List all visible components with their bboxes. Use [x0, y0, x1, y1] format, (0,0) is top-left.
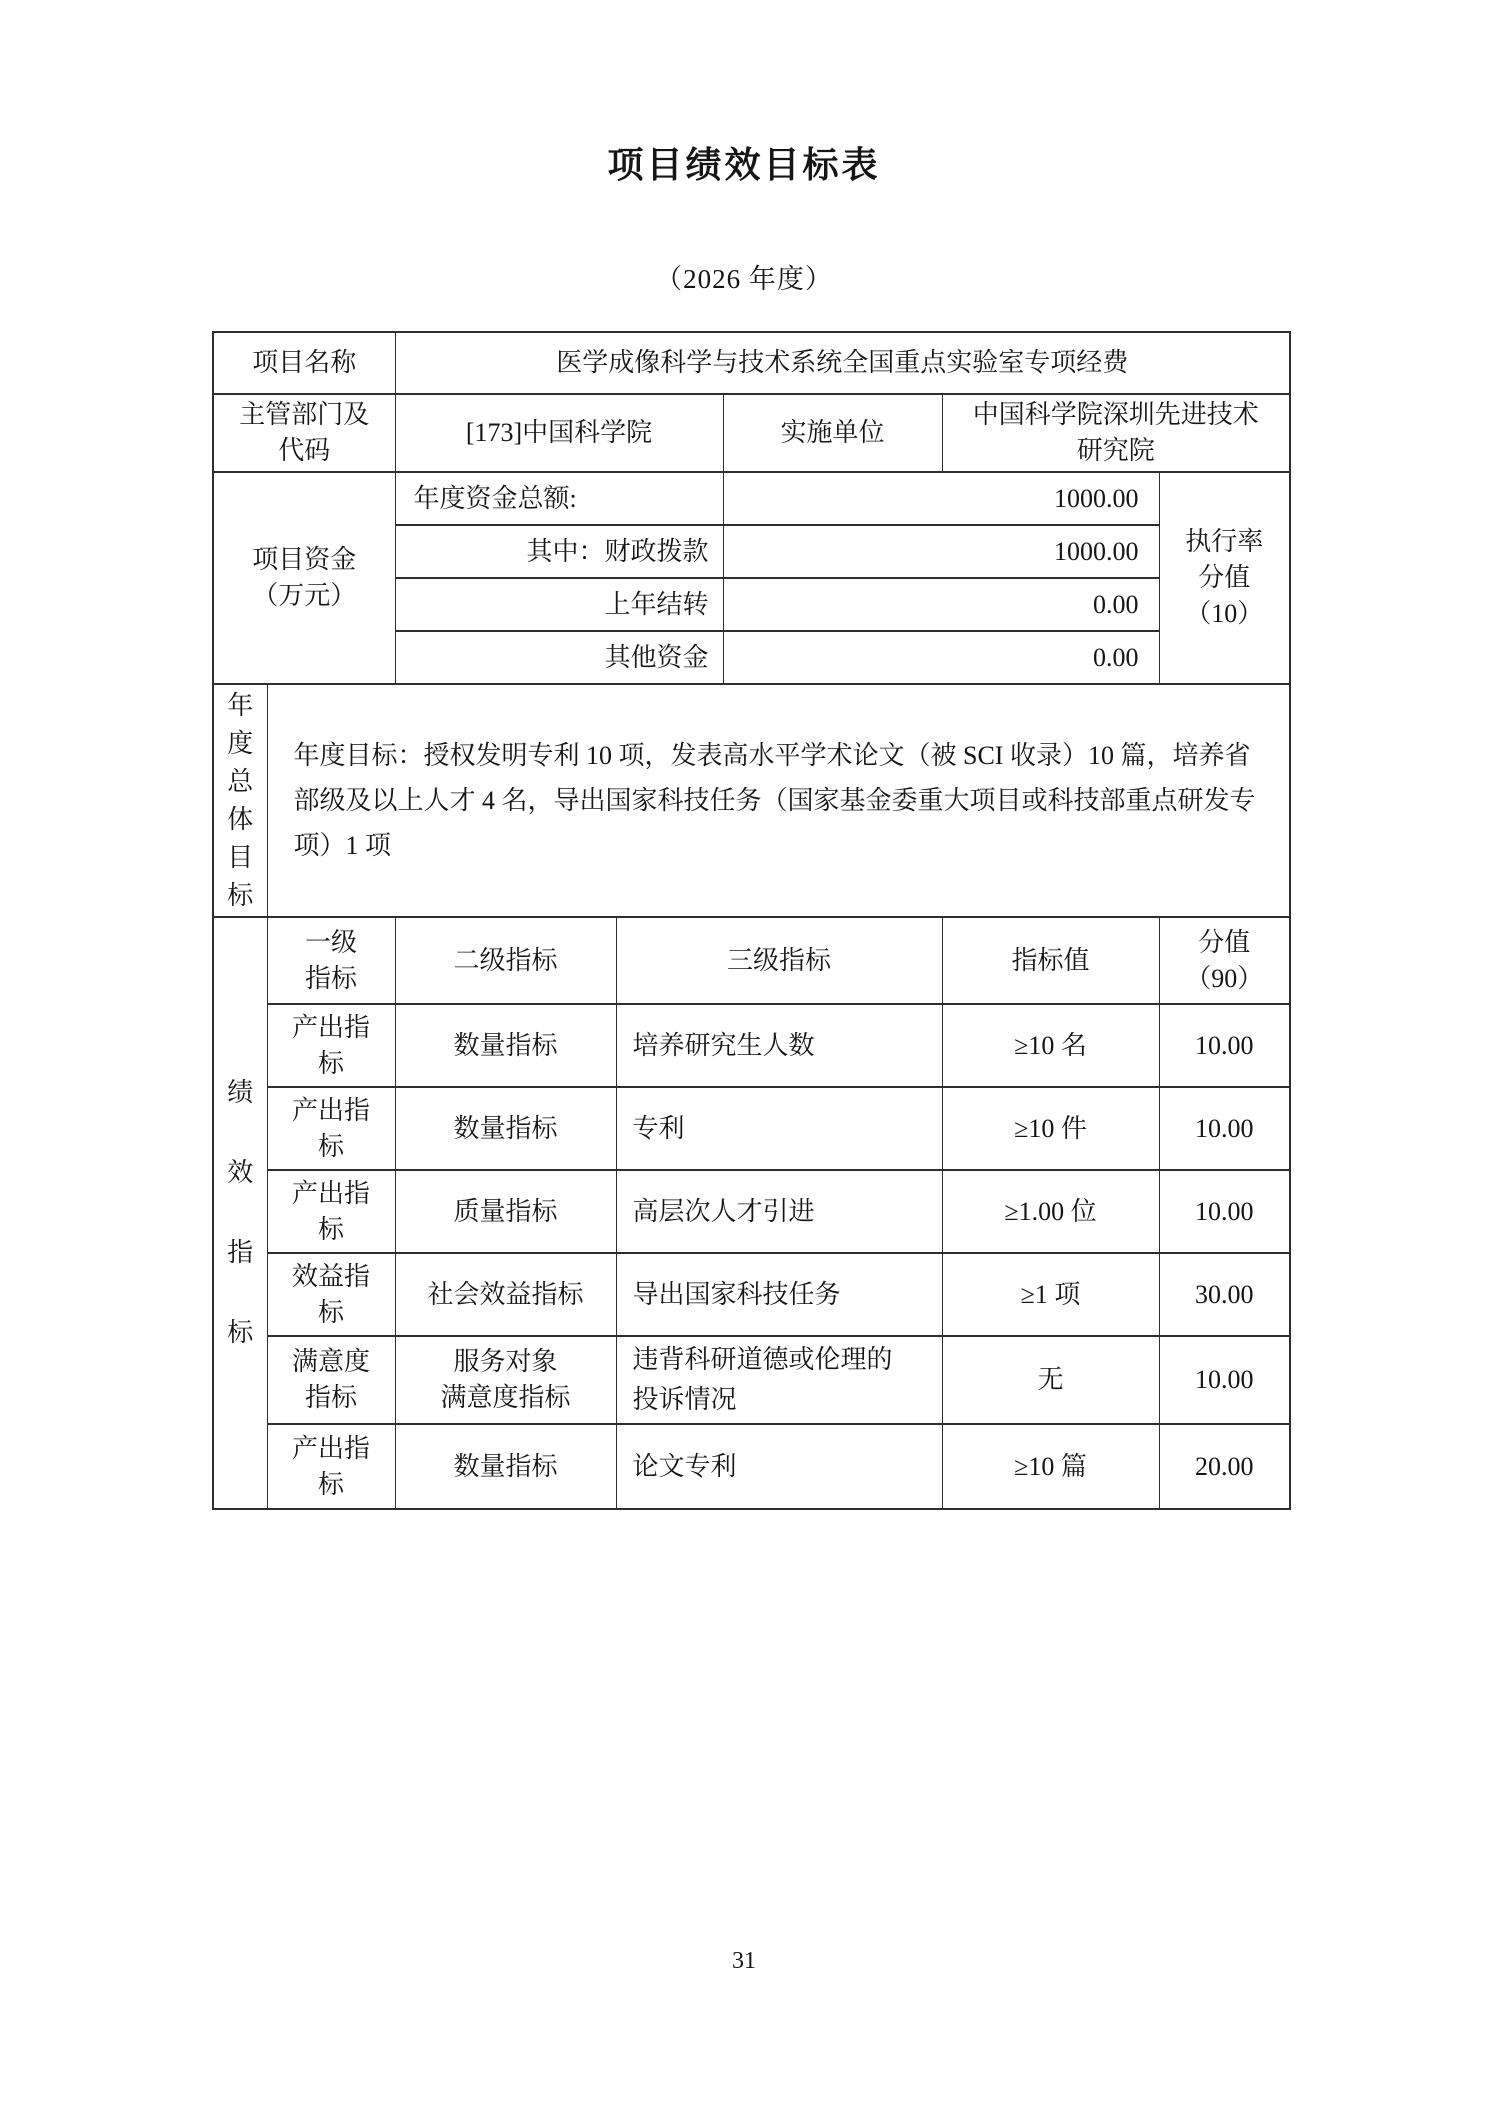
- page-number: 31: [0, 1948, 1488, 1975]
- fund-carryover-label: 上年结转: [395, 578, 723, 631]
- fund-total-value: 1000.00: [723, 472, 1159, 525]
- indicator-value: ≥1 项: [942, 1253, 1159, 1336]
- indicator-row: 产出指 标 质量指标 高层次人才引进 ≥1.00 位 10.00: [213, 1170, 1290, 1253]
- row-annual-goal: 年 度 总 体 目 标 年度目标：授权发明专利 10 项，发表高水平学术论文（被…: [213, 684, 1290, 917]
- fund-total-label: 年度资金总额:: [395, 472, 723, 525]
- indicator-level2: 社会效益指标: [395, 1253, 616, 1336]
- indicator-row: 产出指 标 数量指标 论文专利 ≥10 篇 20.00: [213, 1424, 1290, 1509]
- indicator-level2: 数量指标: [395, 1424, 616, 1509]
- indicator-level2: 质量指标: [395, 1170, 616, 1253]
- indicator-level1: 产出指 标: [267, 1424, 395, 1509]
- indicator-score: 10.00: [1159, 1004, 1290, 1087]
- project-name-label: 项目名称: [213, 332, 395, 394]
- indicator-level2: 数量指标: [395, 1004, 616, 1087]
- row-project-name: 项目名称 医学成像科学与技术系统全国重点实验室专项经费: [213, 332, 1290, 394]
- indicator-score: 10.00: [1159, 1087, 1290, 1170]
- indicator-level3: 培养研究生人数: [616, 1004, 942, 1087]
- fund-fiscal-value: 1000.00: [723, 525, 1159, 578]
- indicator-score: 30.00: [1159, 1253, 1290, 1336]
- indicator-value: ≥10 篇: [942, 1424, 1159, 1509]
- row-department: 主管部门及 代码 [173]中国科学院 实施单位 中国科学院深圳先进技术 研究院: [213, 394, 1290, 472]
- indicator-level3: 论文专利: [616, 1424, 942, 1509]
- department-value: [173]中国科学院: [395, 394, 723, 472]
- indicator-value: ≥10 名: [942, 1004, 1159, 1087]
- fund-carryover-value: 0.00: [723, 578, 1159, 631]
- indicator-level3: 导出国家科技任务: [616, 1253, 942, 1336]
- indicator-row: 满意度 指标 服务对象 满意度指标 违背科研道德或伦理的 投诉情况 无 10.0…: [213, 1336, 1290, 1424]
- page-subtitle: （2026 年度）: [0, 264, 1488, 294]
- annual-goal-label: 年 度 总 体 目 标: [213, 684, 267, 917]
- row-indicator-header: 绩 效 指 标 一级 指标 二级指标 三级指标 指标值 分值 （90）: [213, 917, 1290, 1004]
- header-value: 指标值: [942, 917, 1159, 1004]
- indicator-value: ≥10 件: [942, 1087, 1159, 1170]
- annual-goal-text: 年度目标：授权发明专利 10 项，发表高水平学术论文（被 SCI 收录）10 篇…: [267, 684, 1290, 917]
- indicator-row: 效益指 标 社会效益指标 导出国家科技任务 ≥1 项 30.00: [213, 1253, 1290, 1336]
- funds-label: 项目资金 （万元）: [213, 472, 395, 684]
- indicator-level2: 服务对象 满意度指标: [395, 1336, 616, 1424]
- performance-section-label: 绩 效 指 标: [213, 917, 267, 1509]
- header-level3: 三级指标: [616, 917, 942, 1004]
- indicator-level3: 高层次人才引进: [616, 1170, 942, 1253]
- indicator-row: 产出指 标 数量指标 专利 ≥10 件 10.00: [213, 1087, 1290, 1170]
- header-level2: 二级指标: [395, 917, 616, 1004]
- document-page: 项目绩效目标表 （2026 年度） 项目名称 医学成像科学与技术系统全国重点实验…: [0, 0, 1488, 2104]
- indicator-value: 无: [942, 1336, 1159, 1424]
- row-fund-total: 项目资金 （万元） 年度资金总额: 1000.00 执行率 分值 （10）: [213, 472, 1290, 525]
- indicator-level1: 满意度 指标: [267, 1336, 395, 1424]
- header-score: 分值 （90）: [1159, 917, 1290, 1004]
- indicator-level1: 产出指 标: [267, 1170, 395, 1253]
- indicator-level1: 效益指 标: [267, 1253, 395, 1336]
- indicator-level3: 专利: [616, 1087, 942, 1170]
- indicator-score: 10.00: [1159, 1170, 1290, 1253]
- indicator-score: 20.00: [1159, 1424, 1290, 1509]
- project-name-value: 医学成像科学与技术系统全国重点实验室专项经费: [395, 332, 1290, 394]
- fund-fiscal-label: 其中：财政拨款: [395, 525, 723, 578]
- indicator-row: 产出指 标 数量指标 培养研究生人数 ≥10 名 10.00: [213, 1004, 1290, 1087]
- impl-unit-label: 实施单位: [723, 394, 942, 472]
- indicator-value: ≥1.00 位: [942, 1170, 1159, 1253]
- impl-unit-value: 中国科学院深圳先进技术 研究院: [942, 394, 1290, 472]
- indicator-level1: 产出指 标: [267, 1004, 395, 1087]
- header-level1: 一级 指标: [267, 917, 395, 1004]
- fund-other-value: 0.00: [723, 631, 1159, 684]
- execution-score-label: 执行率 分值 （10）: [1159, 472, 1290, 684]
- indicator-score: 10.00: [1159, 1336, 1290, 1424]
- page-title: 项目绩效目标表: [0, 0, 1488, 186]
- indicator-level1: 产出指 标: [267, 1087, 395, 1170]
- performance-target-table: 项目名称 医学成像科学与技术系统全国重点实验室专项经费 主管部门及 代码 [17…: [212, 331, 1291, 1510]
- department-label: 主管部门及 代码: [213, 394, 395, 472]
- fund-other-label: 其他资金: [395, 631, 723, 684]
- indicator-level2: 数量指标: [395, 1087, 616, 1170]
- indicator-level3: 违背科研道德或伦理的 投诉情况: [616, 1336, 942, 1424]
